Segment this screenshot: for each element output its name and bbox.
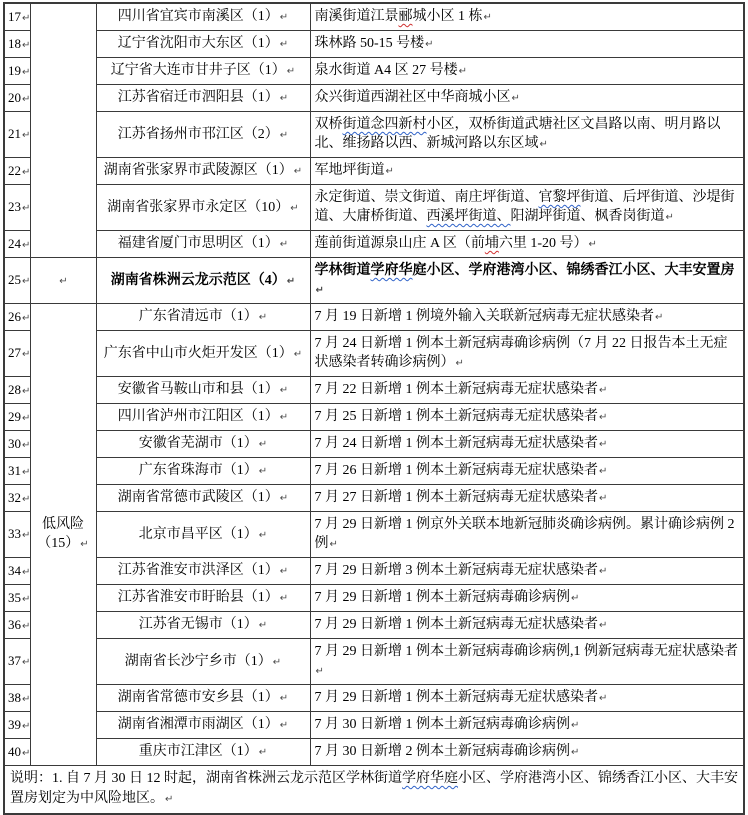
region-name-cell: 重庆市江津区（1）↵ xyxy=(96,739,310,766)
cell-text: 说明：1. 自 7 月 30 日 12 时起，湖南省株洲云龙示范区学林街道 xyxy=(10,771,402,786)
paragraph-mark-icon: ↵ xyxy=(315,285,324,296)
cell-text: 7 月 29 日新增 1 例本土新冠病毒无症状感染者 xyxy=(315,617,599,632)
cell-text: 7 月 29 日新增 3 例本土新冠病毒无症状感染者 xyxy=(315,563,599,578)
region-name-cell: 湖南省株洲云龙示范区（4）↵ xyxy=(96,258,310,304)
row-number-cell: 20↵ xyxy=(4,85,30,112)
row-number-cell: 29↵ xyxy=(4,404,30,431)
table-row: 35↵江苏省淮安市盱眙县（1）↵7 月 29 日新增 1 例本土新冠病毒确诊病例… xyxy=(4,585,744,612)
region-name-cell: 福建省厦门市思明区（1）↵ xyxy=(96,231,310,258)
row-number-cell: 39↵ xyxy=(4,712,30,739)
cell-text: 广东省珠海市（1） xyxy=(139,463,258,478)
paragraph-mark-icon: ↵ xyxy=(58,276,67,287)
region-name-cell: 安徽省马鞍山市和县（1）↵ xyxy=(96,377,310,404)
note-row: 说明：1. 自 7 月 30 日 12 时起，湖南省株洲云龙示范区学林街道学府华… xyxy=(4,766,744,815)
cell-text: 37 xyxy=(8,653,21,668)
risk-area-table: 17↵四川省宜宾市南溪区（1）↵南溪街道江景郦城小区 1 栋↵18↵辽宁省沈阳市… xyxy=(3,2,745,815)
paragraph-mark-icon: ↵ xyxy=(79,539,88,550)
paragraph-mark-icon: ↵ xyxy=(598,385,607,396)
cell-text: 广东省中山市火炬开发区（1） xyxy=(104,346,293,361)
cell-text: 永定街道、崇文街道、南庄坪街道、 xyxy=(315,190,539,205)
paragraph-mark-icon: ↵ xyxy=(455,358,464,369)
cell-text: 军地坪街道 xyxy=(315,163,385,178)
paragraph-mark-icon: ↵ xyxy=(598,493,607,504)
risk-category-cell xyxy=(30,3,96,258)
cell-text: 广东省清远市（1） xyxy=(139,309,258,324)
paragraph-mark-icon: ↵ xyxy=(21,621,30,632)
cell-text: 湖南省常德市安乡县（1） xyxy=(118,690,279,705)
cell-text: 7 月 30 日新增 2 例本土新冠病毒确诊病例 xyxy=(315,744,571,759)
paragraph-mark-icon: ↵ xyxy=(279,93,288,104)
paragraph-mark-icon: ↵ xyxy=(570,593,579,604)
cell-text: 7 月 24 日新增 1 例本土新冠病毒确诊病例（7 月 22 日报告本土无症状… xyxy=(315,336,728,370)
cell-text: 7 月 29 日新增 1 例本土新冠病毒确诊病例 xyxy=(315,590,571,605)
table-row: 17↵四川省宜宾市南溪区（1）↵南溪街道江景郦城小区 1 栋↵ xyxy=(4,3,744,31)
cell-text: 湖南省湘潭市雨湖区（1） xyxy=(118,717,279,732)
region-name-cell: 北京市昌平区（1）↵ xyxy=(96,512,310,558)
wavy-underlined-text: 街道念四新村 xyxy=(343,117,427,132)
cell-text: 29 xyxy=(8,409,21,424)
paragraph-mark-icon: ↵ xyxy=(258,439,267,450)
paragraph-mark-icon: ↵ xyxy=(258,530,267,541)
region-name-cell: 江苏省淮安市洪泽区（1）↵ xyxy=(96,558,310,585)
region-name-cell: 湖南省长沙宁乡市（1）↵ xyxy=(96,639,310,685)
paragraph-mark-icon: ↵ xyxy=(21,386,30,397)
cell-text: 莲前街道源泉山庄 A 区（前 xyxy=(315,236,485,251)
table-row: 22↵湖南省张家界市武陵源区（1）↵军地坪街道↵ xyxy=(4,158,744,185)
cell-text: 南溪街道江景 xyxy=(315,9,399,24)
table-row: 28↵安徽省马鞍山市和县（1）↵7 月 22 日新增 1 例本土新冠病毒无症状感… xyxy=(4,377,744,404)
cell-text: 22 xyxy=(8,163,21,178)
paragraph-mark-icon: ↵ xyxy=(258,747,267,758)
cell-text: 四川省宜宾市南溪区（1） xyxy=(118,9,279,24)
table-row: 27↵广东省中山市火炬开发区（1）↵7 月 24 日新增 1 例本土新冠病毒确诊… xyxy=(4,331,744,377)
paragraph-mark-icon: ↵ xyxy=(21,694,30,705)
cell-text: 珠林路 50-15 号楼 xyxy=(315,36,425,51)
description-cell: 7 月 29 日新增 1 例本土新冠病毒无症状感染者↵ xyxy=(310,612,744,639)
cell-text: 福建省厦门市思明区（1） xyxy=(118,236,279,251)
paragraph-mark-icon: ↵ xyxy=(279,566,288,577)
cell-text: 四川省泸州市江阳区（1） xyxy=(118,409,279,424)
region-name-cell: 湖南省张家界市武陵源区（1）↵ xyxy=(96,158,310,185)
row-number-cell: 33↵ xyxy=(4,512,30,558)
table-row: 34↵江苏省淮安市洪泽区（1）↵7 月 29 日新增 3 例本土新冠病毒无症状感… xyxy=(4,558,744,585)
cell-text: 六里 1-20 号） xyxy=(499,236,588,251)
paragraph-mark-icon: ↵ xyxy=(279,493,288,504)
paragraph-mark-icon: ↵ xyxy=(598,566,607,577)
paragraph-mark-icon: ↵ xyxy=(21,203,30,214)
cell-text: 江苏省淮安市盱眙县（1） xyxy=(118,590,279,605)
wavy-underlined-text: 学府华 xyxy=(371,263,413,278)
paragraph-mark-icon: ↵ xyxy=(258,466,267,477)
cell-text: 双桥 xyxy=(315,117,343,132)
region-name-cell: 四川省宜宾市南溪区（1）↵ xyxy=(96,3,310,31)
cell-text: 30 xyxy=(8,436,21,451)
cell-text: 庭小区、学府港湾小区、锦绣香江小区、大丰安置房 xyxy=(413,263,735,278)
cell-text: 辽宁省大连市甘井子区（1） xyxy=(111,63,286,78)
region-name-cell: 江苏省淮安市盱眙县（1）↵ xyxy=(96,585,310,612)
description-cell: 珠林路 50-15 号楼↵ xyxy=(310,31,744,58)
wavy-underlined-text: 西溪坪街道、 xyxy=(427,209,511,224)
cell-text: 25 xyxy=(8,272,21,287)
cell-text: 7 月 26 日新增 1 例本土新冠病毒无症状感染者 xyxy=(315,463,599,478)
description-cell: 泉水街道 A4 区 27 号楼↵ xyxy=(310,58,744,85)
row-number-cell: 22↵ xyxy=(4,158,30,185)
paragraph-mark-icon: ↵ xyxy=(21,67,30,78)
paragraph-mark-icon: ↵ xyxy=(598,620,607,631)
paragraph-mark-icon: ↵ xyxy=(289,203,298,214)
row-number-cell: 25↵ xyxy=(4,258,30,304)
table-row: 39↵湖南省湘潭市雨湖区（1）↵7 月 30 日新增 1 例本土新冠病毒确诊病例… xyxy=(4,712,744,739)
region-name-cell: 辽宁省大连市甘井子区（1）↵ xyxy=(96,58,310,85)
cell-text: 泉水街道 A4 区 27 号楼 xyxy=(315,63,458,78)
region-name-cell: 四川省泸州市江阳区（1）↵ xyxy=(96,404,310,431)
paragraph-mark-icon: ↵ xyxy=(21,530,30,541)
paragraph-mark-icon: ↵ xyxy=(21,594,30,605)
paragraph-mark-icon: ↵ xyxy=(21,94,30,105)
row-number-cell: 19↵ xyxy=(4,58,30,85)
note-cell: 说明：1. 自 7 月 30 日 12 时起，湖南省株洲云龙示范区学林街道学府华… xyxy=(4,766,744,815)
description-cell: 南溪街道江景郦城小区 1 栋↵ xyxy=(310,3,744,31)
paragraph-mark-icon: ↵ xyxy=(21,567,30,578)
table-row: 21↵江苏省扬州市邗江区（2）↵双桥街道念四新村小区，双桥街道武塘社区文昌路以南… xyxy=(4,112,744,158)
region-name-cell: 湖南省常德市安乡县（1）↵ xyxy=(96,685,310,712)
paragraph-mark-icon: ↵ xyxy=(385,166,394,177)
cell-text: 湖南省长沙宁乡市（1） xyxy=(125,654,272,669)
row-number-cell: 17↵ xyxy=(4,3,30,31)
region-name-cell: 湖南省常德市武陵区（1）↵ xyxy=(96,485,310,512)
cell-text: 24 xyxy=(8,236,21,251)
wavy-underlined-text: 埔 xyxy=(485,236,499,251)
cell-text: 40 xyxy=(8,744,21,759)
cell-text: 17 xyxy=(8,9,21,24)
paragraph-mark-icon: ↵ xyxy=(258,620,267,631)
paragraph-mark-icon: ↵ xyxy=(21,657,30,668)
description-cell: 众兴街道西湖社区中华商城小区↵ xyxy=(310,85,744,112)
description-cell: 7 月 29 日新增 3 例本土新冠病毒无症状感染者↵ xyxy=(310,558,744,585)
paragraph-mark-icon: ↵ xyxy=(293,349,302,360)
row-number-cell: 36↵ xyxy=(4,612,30,639)
description-cell: 双桥街道念四新村小区，双桥街道武塘社区文昌路以南、明月路以北、维扬路以西、新城河… xyxy=(310,112,744,158)
paragraph-mark-icon: ↵ xyxy=(329,539,338,550)
cell-text: 阳湖坪街道、枫香岗街道 xyxy=(511,209,665,224)
paragraph-mark-icon: ↵ xyxy=(21,467,30,478)
description-cell: 7 月 26 日新增 1 例本土新冠病毒无症状感染者↵ xyxy=(310,458,744,485)
paragraph-mark-icon: ↵ xyxy=(665,212,674,223)
cell-text: 7 月 30 日新增 1 例本土新冠病毒确诊病例 xyxy=(315,717,571,732)
cell-text: 重庆市江津区（1） xyxy=(139,744,258,759)
row-number-cell: 24↵ xyxy=(4,231,30,258)
cell-text: 7 月 22 日新增 1 例本土新冠病毒无症状感染者 xyxy=(315,382,599,397)
cell-text: 学林街道 xyxy=(315,263,371,278)
table-row: 31↵广东省珠海市（1）↵7 月 26 日新增 1 例本土新冠病毒无症状感染者↵ xyxy=(4,458,744,485)
table-row: 36↵江苏省无锡市（1）↵7 月 29 日新增 1 例本土新冠病毒无症状感染者↵ xyxy=(4,612,744,639)
region-name-cell: 广东省中山市火炬开发区（1）↵ xyxy=(96,331,310,377)
description-cell: 7 月 29 日新增 1 例本土新冠病毒无症状感染者↵ xyxy=(310,685,744,712)
table-row: 20↵江苏省宿迁市泗阳县（1）↵众兴街道西湖社区中华商城小区↵ xyxy=(4,85,744,112)
paragraph-mark-icon: ↵ xyxy=(21,440,30,451)
paragraph-mark-icon: ↵ xyxy=(279,593,288,604)
region-name-cell: 广东省清远市（1）↵ xyxy=(96,304,310,331)
paragraph-mark-icon: ↵ xyxy=(483,12,492,23)
paragraph-mark-icon: ↵ xyxy=(279,12,288,23)
paragraph-mark-icon: ↵ xyxy=(21,13,30,24)
cell-text: 21 xyxy=(8,126,21,141)
cell-text: 7 月 24 日新增 1 例本土新冠病毒无症状感染者 xyxy=(315,436,599,451)
cell-text: 28 xyxy=(8,382,21,397)
description-cell: 7 月 30 日新增 2 例本土新冠病毒确诊病例↵ xyxy=(310,739,744,766)
cell-text: 26 xyxy=(8,309,21,324)
region-name-cell: 湖南省湘潭市雨湖区（1）↵ xyxy=(96,712,310,739)
table-row: 25↵↵湖南省株洲云龙示范区（4）↵学林街道学府华庭小区、学府港湾小区、锦绣香江… xyxy=(4,258,744,304)
cell-text: 7 月 27 日新增 1 例本土新冠病毒无症状感染者 xyxy=(315,490,599,505)
cell-text: 江苏省无锡市（1） xyxy=(139,617,258,632)
row-number-cell: 34↵ xyxy=(4,558,30,585)
table-row: 37↵湖南省长沙宁乡市（1）↵7 月 29 日新增 1 例本土新冠病毒确诊病例,… xyxy=(4,639,744,685)
cell-text: 辽宁省沈阳市大东区（1） xyxy=(118,36,279,51)
cell-text: 20 xyxy=(8,90,21,105)
table-row: 26↵低风险（15）↵广东省清远市（1）↵7 月 19 日新增 1 例境外输入关… xyxy=(4,304,744,331)
cell-text: 35 xyxy=(8,590,21,605)
table-row: 30↵安徽省芜湖市（1）↵7 月 24 日新增 1 例本土新冠病毒无症状感染者↵ xyxy=(4,431,744,458)
paragraph-mark-icon: ↵ xyxy=(598,693,607,704)
paragraph-mark-icon: ↵ xyxy=(588,239,597,250)
paragraph-mark-icon: ↵ xyxy=(21,313,30,324)
cell-text: 23 xyxy=(8,199,21,214)
row-number-cell: 26↵ xyxy=(4,304,30,331)
paragraph-mark-icon: ↵ xyxy=(286,276,295,287)
description-cell: 莲前街道源泉山庄 A 区（前埔六里 1-20 号）↵ xyxy=(310,231,744,258)
description-cell: 7 月 29 日新增 1 例本土新冠病毒确诊病例,1 例新冠病毒无症状感染者↵ xyxy=(310,639,744,685)
table-row: 32↵湖南省常德市武陵区（1）↵7 月 27 日新增 1 例本土新冠病毒无症状感… xyxy=(4,485,744,512)
risk-category-cell: 低风险（15）↵ xyxy=(30,304,96,766)
description-cell: 永定街道、崇文街道、南庄坪街道、官黎坪街道、后坪街道、沙堤街道、大庸桥街道、西溪… xyxy=(310,185,744,231)
cell-text: 安徽省芜湖市（1） xyxy=(139,436,258,451)
paragraph-mark-icon: ↵ xyxy=(570,747,579,758)
table-row: 40↵重庆市江津区（1）↵7 月 30 日新增 2 例本土新冠病毒确诊病例↵ xyxy=(4,739,744,766)
cell-text: 江苏省宿迁市泗阳县（1） xyxy=(118,90,279,105)
description-cell: 学林街道学府华庭小区、学府港湾小区、锦绣香江小区、大丰安置房↵ xyxy=(310,258,744,304)
table-row: 23↵湖南省张家界市永定区（10）↵永定街道、崇文街道、南庄坪街道、官黎坪街道、… xyxy=(4,185,744,231)
paragraph-mark-icon: ↵ xyxy=(598,466,607,477)
cell-text: 7 月 29 日新增 1 例京外关联本地新冠肺炎确诊病例。累计确诊病例 2 例 xyxy=(315,517,735,551)
row-number-cell: 38↵ xyxy=(4,685,30,712)
row-number-cell: 23↵ xyxy=(4,185,30,231)
cell-text: 北京市昌平区（1） xyxy=(139,527,258,542)
paragraph-mark-icon: ↵ xyxy=(598,412,607,423)
description-cell: 7 月 19 日新增 1 例境外输入关联新冠病毒无症状感染者↵ xyxy=(310,304,744,331)
paragraph-mark-icon: ↵ xyxy=(21,130,30,141)
row-number-cell: 31↵ xyxy=(4,458,30,485)
paragraph-mark-icon: ↵ xyxy=(654,312,663,323)
cell-text: 36 xyxy=(8,617,21,632)
paragraph-mark-icon: ↵ xyxy=(424,39,433,50)
paragraph-mark-icon: ↵ xyxy=(279,39,288,50)
cell-text: 湖南省常德市武陵区（1） xyxy=(118,490,279,505)
table-body: 17↵四川省宜宾市南溪区（1）↵南溪街道江景郦城小区 1 栋↵18↵辽宁省沈阳市… xyxy=(4,3,744,814)
description-cell: 7 月 30 日新增 1 例本土新冠病毒确诊病例↵ xyxy=(310,712,744,739)
row-number-cell: 21↵ xyxy=(4,112,30,158)
cell-text: 江苏省扬州市邗江区（2） xyxy=(118,127,279,142)
paragraph-mark-icon: ↵ xyxy=(511,93,520,104)
paragraph-mark-icon: ↵ xyxy=(21,494,30,505)
cell-text: 7 月 19 日新增 1 例境外输入关联新冠病毒无症状感染者 xyxy=(315,309,655,324)
paragraph-mark-icon: ↵ xyxy=(21,721,30,732)
paragraph-mark-icon: ↵ xyxy=(21,40,30,51)
description-cell: 军地坪街道↵ xyxy=(310,158,744,185)
region-name-cell: 江苏省无锡市（1）↵ xyxy=(96,612,310,639)
wavy-underlined-text: 郦 xyxy=(399,9,413,24)
description-cell: 7 月 27 日新增 1 例本土新冠病毒无症状感染者↵ xyxy=(310,485,744,512)
paragraph-mark-icon: ↵ xyxy=(539,139,548,150)
table-row: 19↵辽宁省大连市甘井子区（1）↵泉水街道 A4 区 27 号楼↵ xyxy=(4,58,744,85)
cell-text: 江苏省淮安市洪泽区（1） xyxy=(118,563,279,578)
cell-text: 32 xyxy=(8,490,21,505)
paragraph-mark-icon: ↵ xyxy=(21,413,30,424)
row-number-cell: 32↵ xyxy=(4,485,30,512)
paragraph-mark-icon: ↵ xyxy=(21,167,30,178)
paragraph-mark-icon: ↵ xyxy=(293,166,302,177)
cell-text: 33 xyxy=(8,526,21,541)
paragraph-mark-icon: ↵ xyxy=(21,276,30,287)
paragraph-mark-icon: ↵ xyxy=(21,240,30,251)
paragraph-mark-icon: ↵ xyxy=(458,66,467,77)
paragraph-mark-icon: ↵ xyxy=(279,385,288,396)
cell-text: 7 月 25 日新增 1 例本土新冠病毒无症状感染者 xyxy=(315,409,599,424)
region-name-cell: 广东省珠海市（1）↵ xyxy=(96,458,310,485)
description-cell: 7 月 25 日新增 1 例本土新冠病毒无症状感染者↵ xyxy=(310,404,744,431)
cell-text: 31 xyxy=(8,463,21,478)
region-name-cell: 江苏省扬州市邗江区（2）↵ xyxy=(96,112,310,158)
cell-text: 27 xyxy=(8,345,21,360)
paragraph-mark-icon: ↵ xyxy=(598,439,607,450)
paragraph-mark-icon: ↵ xyxy=(279,693,288,704)
paragraph-mark-icon: ↵ xyxy=(258,312,267,323)
cell-text: 39 xyxy=(8,717,21,732)
paragraph-mark-icon: ↵ xyxy=(279,239,288,250)
paragraph-mark-icon: ↵ xyxy=(164,794,173,805)
cell-text: 安徽省马鞍山市和县（1） xyxy=(118,382,279,397)
wavy-underlined-text: 学府华庭 xyxy=(402,771,458,786)
row-number-cell: 40↵ xyxy=(4,739,30,766)
cell-text: 湖南省张家界市武陵源区（1） xyxy=(104,163,293,178)
region-name-cell: 安徽省芜湖市（1）↵ xyxy=(96,431,310,458)
risk-category-cell: ↵ xyxy=(30,258,96,304)
table-row: 18↵辽宁省沈阳市大东区（1）↵珠林路 50-15 号楼↵ xyxy=(4,31,744,58)
paragraph-mark-icon: ↵ xyxy=(279,412,288,423)
cell-text: 城小区 1 栋 xyxy=(413,9,483,24)
cell-text: 18 xyxy=(8,36,21,51)
row-number-cell: 30↵ xyxy=(4,431,30,458)
cell-text: 38 xyxy=(8,690,21,705)
region-name-cell: 湖南省张家界市永定区（10）↵ xyxy=(96,185,310,231)
paragraph-mark-icon: ↵ xyxy=(315,666,324,677)
description-cell: 7 月 24 日新增 1 例本土新冠病毒无症状感染者↵ xyxy=(310,431,744,458)
cell-text: 34 xyxy=(8,563,21,578)
paragraph-mark-icon: ↵ xyxy=(570,720,579,731)
paragraph-mark-icon: ↵ xyxy=(286,66,295,77)
cell-text: 湖南省株洲云龙示范区（4） xyxy=(111,273,286,288)
region-name-cell: 江苏省宿迁市泗阳县（1）↵ xyxy=(96,85,310,112)
row-number-cell: 18↵ xyxy=(4,31,30,58)
table-row: 29↵四川省泸州市江阳区（1）↵7 月 25 日新增 1 例本土新冠病毒无症状感… xyxy=(4,404,744,431)
cell-text: 19 xyxy=(8,63,21,78)
cell-text: 7 月 29 日新增 1 例本土新冠病毒无症状感染者 xyxy=(315,690,599,705)
description-cell: 7 月 29 日新增 1 例本土新冠病毒确诊病例↵ xyxy=(310,585,744,612)
paragraph-mark-icon: ↵ xyxy=(21,748,30,759)
description-cell: 7 月 22 日新增 1 例本土新冠病毒无症状感染者↵ xyxy=(310,377,744,404)
cell-text: 众兴街道西湖社区中华商城小区 xyxy=(315,90,511,105)
row-number-cell: 27↵ xyxy=(4,331,30,377)
cell-text: 低风险（15） xyxy=(37,517,84,551)
wavy-underlined-text: 官黎坪 xyxy=(539,190,581,205)
paragraph-mark-icon: ↵ xyxy=(279,130,288,141)
row-number-cell: 28↵ xyxy=(4,377,30,404)
cell-text: 7 月 29 日新增 1 例本土新冠病毒确诊病例,1 例新冠病毒无症状感染者 xyxy=(315,644,739,659)
table-row: 33↵北京市昌平区（1）↵7 月 29 日新增 1 例京外关联本地新冠肺炎确诊病… xyxy=(4,512,744,558)
row-number-cell: 37↵ xyxy=(4,639,30,685)
description-cell: 7 月 24 日新增 1 例本土新冠病毒确诊病例（7 月 22 日报告本土无症状… xyxy=(310,331,744,377)
region-name-cell: 辽宁省沈阳市大东区（1）↵ xyxy=(96,31,310,58)
paragraph-mark-icon: ↵ xyxy=(272,657,281,668)
table-row: 38↵湖南省常德市安乡县（1）↵7 月 29 日新增 1 例本土新冠病毒无症状感… xyxy=(4,685,744,712)
paragraph-mark-icon: ↵ xyxy=(279,720,288,731)
table-row: 24↵福建省厦门市思明区（1）↵莲前街道源泉山庄 A 区（前埔六里 1-20 号… xyxy=(4,231,744,258)
description-cell: 7 月 29 日新增 1 例京外关联本地新冠肺炎确诊病例。累计确诊病例 2 例↵ xyxy=(310,512,744,558)
paragraph-mark-icon: ↵ xyxy=(21,349,30,360)
cell-text: 湖南省张家界市永定区（10） xyxy=(107,200,289,215)
row-number-cell: 35↵ xyxy=(4,585,30,612)
